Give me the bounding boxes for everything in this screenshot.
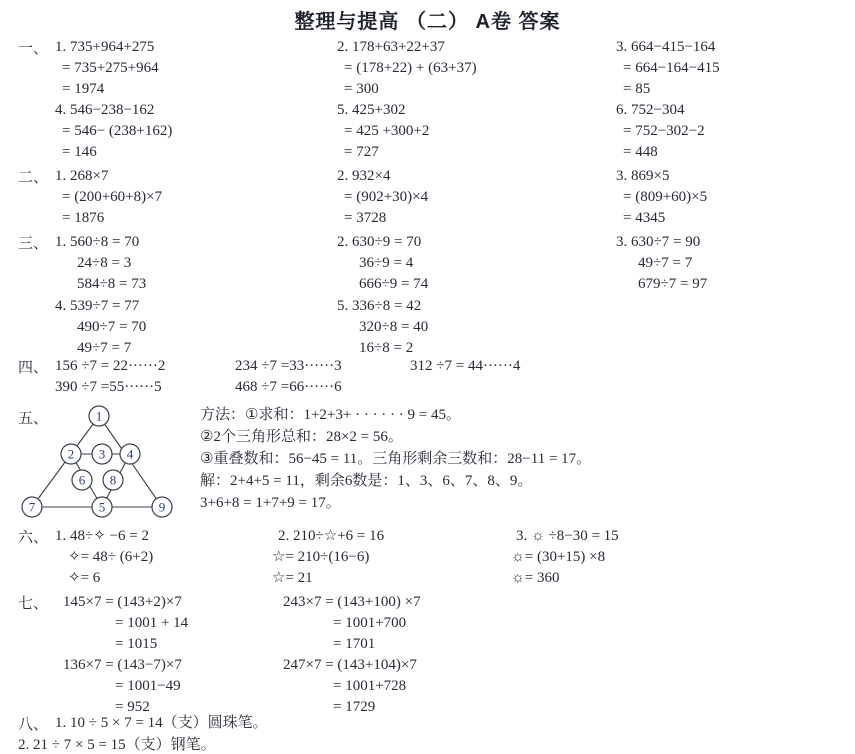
equation-line: = 1001+728 [333,676,421,697]
problem-2-3: 3. 869×5 = (809+60)×5 = 4345 [616,166,707,229]
problem-6-3: 3. ☼ ÷8−30 = 15 ☼= (30+15) ×8 ☼= 360 [516,526,619,589]
section-1-marker: 一、 [18,37,48,58]
problem-6-1: 1. 48÷✧ −6 = 2 ✧= 48÷ (6+2) ✧= 6 [55,526,153,589]
equation-line: = 146 [62,142,172,163]
node-number: 3 [99,447,106,462]
triangle-diagram: 1 2 3 4 6 8 7 5 9 [15,402,190,520]
problem-3-5: 5. 336÷8 = 42 320÷8 = 40 16÷8 = 2 [337,296,428,359]
method-line: 方法：①求和：1+2+3+ · · · · · · 9 = 45。 [200,404,591,426]
problem-3-2: 2. 630÷9 = 70 36÷9 = 4 666÷9 = 74 [337,232,428,295]
section-4-marker: 四、 [18,356,48,377]
equation-line: ✧= 6 [68,568,153,589]
problem-1-5: 5. 425+302 = 425 +300+2 = 727 [337,100,429,163]
equation-line: = 1701 [333,634,421,655]
problem-1-2: 2. 178+63+22+37 = (178+22) + (63+37) = 3… [337,37,477,100]
equation-line: = 4345 [623,208,707,229]
equation-line: 136×7 = (143−7)×7 [63,655,188,676]
equation-line: 36÷9 = 4 [359,253,428,274]
equation-line: 243×7 = (143+100) ×7 [283,592,421,613]
equation-line: = 752−302−2 [623,121,705,142]
node-number: 9 [159,500,166,515]
problem-1-1: 1. 735+964+275 = 735+275+964 = 1974 [55,37,159,100]
problem-1-6: 6. 752−304 = 752−302−2 = 448 [616,100,705,163]
equation-line: 24÷8 = 3 [77,253,146,274]
equation-line: 247×7 = (143+104)×7 [283,655,421,676]
equation-line: 679÷7 = 97 [638,274,707,295]
equation-line: = 546− (238+162) [62,121,172,142]
equation-line: = 1001 + 14 [115,613,188,634]
equation-line: 3. ☼ ÷8−30 = 15 [516,526,619,547]
problem-6-2: 2. 210÷☆+6 = 16 ☆= 210÷(16−6) ☆= 21 [278,526,384,589]
equation-line: 4. 546−238−162 [55,100,172,121]
equation-line: = (902+30)×4 [344,187,428,208]
section-3-marker: 三、 [18,232,48,253]
equation-line: 584÷8 = 73 [77,274,146,295]
method-line: ②2个三角形总和：28×2 = 56。 [200,426,591,448]
equation-line: = 448 [623,142,705,163]
method-line: ③重叠数和：56−45 = 11。三角形剩余三数和：28−11 = 17。 [200,448,591,470]
method-line: 解：2+4+5 = 11，剩余6数是：1、3、6、7、8、9。 [200,470,591,492]
problem-7-1: 145×7 = (143+2)×7 = 1001 + 14 = 1015 136… [63,592,188,718]
section-6-marker: 六、 [18,526,48,547]
method-explanation: 方法：①求和：1+2+3+ · · · · · · 9 = 45。 ②2个三角形… [200,404,591,514]
equation-line: 49÷7 = 7 [638,253,707,274]
section-2-marker: 二、 [18,166,48,187]
problem-3-3: 3. 630÷7 = 90 49÷7 = 7 679÷7 = 97 [616,232,707,295]
equation-line: = 1001+700 [333,613,421,634]
equation-line: 490÷7 = 70 [77,317,146,338]
equation-line: 1. 48÷✧ −6 = 2 [55,526,153,547]
equation-line: 666÷9 = 74 [359,274,428,295]
equation-line: ☼= (30+15) ×8 [511,547,619,568]
problem-7-2: 243×7 = (143+100) ×7 = 1001+700 = 1701 2… [283,592,421,718]
equation-line: = 425 +300+2 [344,121,429,142]
word-problem-answer: 1. 10 ÷ 5 × 7 = 14（支）圆珠笔。 [55,713,268,734]
division-answer: 468 ÷7 =66······6 [235,377,342,398]
equation-line: = 1729 [333,697,421,718]
division-answer: 156 ÷7 = 22······2 [55,356,165,377]
node-number: 1 [96,409,103,424]
equation-line: ☆= 210÷(16−6) [272,547,384,568]
method-line: 3+6+8 = 1+7+9 = 17。 [200,492,591,514]
problem-2-1: 1. 268×7 = (200+60+8)×7 = 1876 [55,166,162,229]
problem-1-4: 4. 546−238−162 = 546− (238+162) = 146 [55,100,172,163]
equation-line: 320÷8 = 40 [359,317,428,338]
problem-3-1: 1. 560÷8 = 70 24÷8 = 3 584÷8 = 73 [55,232,146,295]
division-answer: 390 ÷7 =55······5 [55,377,162,398]
equation-line: 1. 560÷8 = 70 [55,232,146,253]
equation-line: 2. 178+63+22+37 [337,37,477,58]
node-number: 5 [99,500,106,515]
equation-line: = (178+22) + (63+37) [344,58,477,79]
equation-line: = (809+60)×5 [623,187,707,208]
equation-line: = 85 [623,79,720,100]
equation-line: ☼= 360 [511,568,619,589]
node-number: 8 [110,473,117,488]
node-number: 6 [79,473,86,488]
equation-line: = 3728 [344,208,428,229]
equation-line: = 1876 [62,208,162,229]
equation-line: = 1015 [115,634,188,655]
equation-line: = (200+60+8)×7 [62,187,162,208]
equation-line: = 1974 [62,79,159,100]
worksheet-page: 整理与提高 （二） A卷 答案 一、 1. 735+964+275 = 735+… [0,0,855,754]
problem-1-3: 3. 664−415−164 = 664−164−415 = 85 [616,37,720,100]
equation-line: 5. 336÷8 = 42 [337,296,428,317]
node-number: 2 [68,447,75,462]
equation-line: 1. 268×7 [55,166,162,187]
equation-line: 6. 752−304 [616,100,705,121]
division-answer: 234 ÷7 =33······3 [235,356,342,377]
section-8-marker: 八、 [18,713,48,734]
equation-line: 5. 425+302 [337,100,429,121]
equation-line: 2. 630÷9 = 70 [337,232,428,253]
node-number: 4 [127,447,134,462]
section-7-marker: 七、 [18,592,48,613]
division-answer: 312 ÷7 = 44······4 [410,356,520,377]
equation-line: ✧= 48÷ (6+2) [68,547,153,568]
page-title: 整理与提高 （二） A卷 答案 [0,5,855,34]
equation-line: = 1001−49 [115,676,188,697]
equation-line: 3. 664−415−164 [616,37,720,58]
equation-line: = 300 [344,79,477,100]
equation-line: 2. 210÷☆+6 = 16 [278,526,384,547]
equation-line: 3. 869×5 [616,166,707,187]
equation-line: = 735+275+964 [62,58,159,79]
equation-line: 2. 932×4 [337,166,428,187]
problem-2-2: 2. 932×4 = (902+30)×4 = 3728 [337,166,428,229]
equation-line: 1. 735+964+275 [55,37,159,58]
equation-line: 145×7 = (143+2)×7 [63,592,188,613]
equation-line: = 727 [344,142,429,163]
equation-line: 3. 630÷7 = 90 [616,232,707,253]
equation-line: 4. 539÷7 = 77 [55,296,146,317]
problem-3-4: 4. 539÷7 = 77 490÷7 = 70 49÷7 = 7 [55,296,146,359]
word-problem-answer: 2. 21 ÷ 7 × 5 = 15（支）钢笔。 [18,735,216,754]
node-number: 7 [29,500,36,515]
equation-line: ☆= 21 [272,568,384,589]
equation-line: = 664−164−415 [623,58,720,79]
